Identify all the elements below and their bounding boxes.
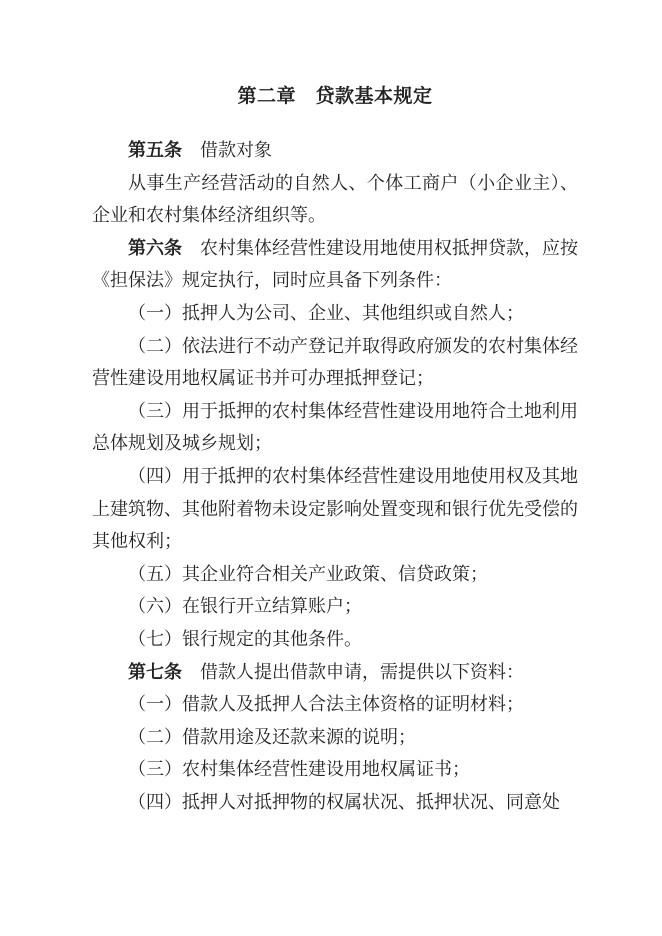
text-run: （三）农村集体经营性建设用地权属证书； bbox=[128, 759, 470, 779]
article-7-heading: 第七条 借款人提出借款申请，需提供以下资料： bbox=[92, 656, 578, 689]
text-run: （六）在银行开立结算账户； bbox=[128, 596, 362, 616]
text-run: （一）借款人及抵押人合法主体资格的证明材料； bbox=[128, 694, 524, 714]
bold-text-run: 第六条 bbox=[128, 238, 182, 258]
article-7-item-2: （二）借款用途及还款来源的说明； bbox=[92, 721, 578, 754]
article-6-item-4: （四）用于抵押的农村集体经营性建设用地使用权及其地上建筑物、其他附着物未设定影响… bbox=[92, 460, 578, 558]
text-run: （五）其企业符合相关产业政策、信贷政策； bbox=[128, 564, 488, 584]
article-6-item-2: （二）依法进行不动产登记并取得政府颁发的农村集体经营性建设用地权属证书并可办理抵… bbox=[92, 330, 578, 395]
chapter-heading: 第二章 贷款基本规定 bbox=[92, 80, 578, 113]
text-run: （一）抵押人为公司、企业、其他组织或自然人； bbox=[128, 303, 524, 323]
article-7-item-4-partial: （四）抵押人对抵押物的权属状况、抵押状况、同意处 bbox=[92, 786, 578, 819]
document-page: 第二章 贷款基本规定第五条 借款对象从事生产经营活动的自然人、个体工商户（小企业… bbox=[0, 0, 662, 936]
text-run: （七）银行规定的其他条件。 bbox=[128, 629, 362, 649]
text-run: 借款对象 bbox=[182, 140, 272, 160]
article-6-item-7: （七）银行规定的其他条件。 bbox=[92, 623, 578, 656]
text-run: 从事生产经营活动的自然人、个体工商户（小企业主）、企业和农村集体经济组织等。 bbox=[92, 173, 578, 226]
document-body: 第二章 贷款基本规定第五条 借款对象从事生产经营活动的自然人、个体工商户（小企业… bbox=[92, 80, 578, 818]
text-run: 借款人提出借款申请，需提供以下资料： bbox=[182, 662, 524, 682]
text-run: （四）用于抵押的农村集体经营性建设用地使用权及其地上建筑物、其他附着物未设定影响… bbox=[92, 466, 578, 551]
text-run: （二）依法进行不动产登记并取得政府颁发的农村集体经营性建设用地权属证书并可办理抵… bbox=[92, 336, 578, 389]
article-7-item-3: （三）农村集体经营性建设用地权属证书； bbox=[92, 753, 578, 786]
article-5-paragraph: 从事生产经营活动的自然人、个体工商户（小企业主）、企业和农村集体经济组织等。 bbox=[92, 167, 578, 232]
article-6-item-3: （三）用于抵押的农村集体经营性建设用地符合土地利用总体规划及城乡规划； bbox=[92, 395, 578, 460]
article-6-item-5: （五）其企业符合相关产业政策、信贷政策； bbox=[92, 558, 578, 591]
text-run: （三）用于抵押的农村集体经营性建设用地符合土地利用总体规划及城乡规划； bbox=[92, 401, 578, 454]
text-run: （二）借款用途及还款来源的说明； bbox=[128, 727, 416, 747]
bold-text-run: 第五条 bbox=[128, 140, 182, 160]
article-5-heading: 第五条 借款对象 bbox=[92, 134, 578, 167]
text-run: （四）抵押人对抵押物的权属状况、抵押状况、同意处 bbox=[128, 792, 560, 812]
bold-text-run: 第七条 bbox=[128, 662, 182, 682]
article-6-item-1: （一）抵押人为公司、企业、其他组织或自然人； bbox=[92, 297, 578, 330]
bold-text-run: 第二章 贷款基本规定 bbox=[237, 86, 432, 107]
article-6-item-6: （六）在银行开立结算账户； bbox=[92, 590, 578, 623]
article-6-heading: 第六条 农村集体经营性建设用地使用权抵押贷款，应按《担保法》规定执行，同时应具备… bbox=[92, 232, 578, 297]
article-7-item-1: （一）借款人及抵押人合法主体资格的证明材料； bbox=[92, 688, 578, 721]
